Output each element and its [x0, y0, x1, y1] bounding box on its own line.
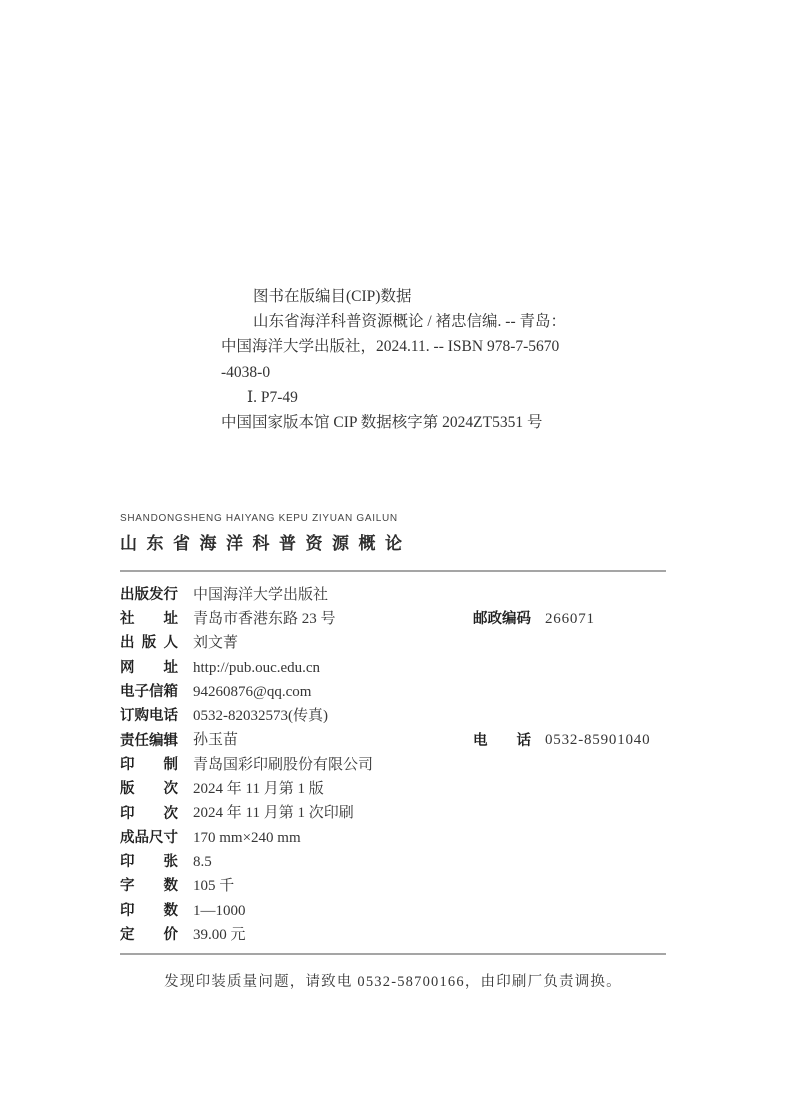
row-label: 电子信箱: [120, 685, 178, 700]
row-value: 孙玉苗: [193, 733, 238, 748]
row-label: 订购电话: [120, 709, 178, 724]
row-label: 印数: [120, 904, 178, 919]
colophon-row-printer: 印制 青岛国彩印刷股份有限公司: [120, 753, 666, 777]
colophon-row-editor: 责任编辑 孙玉苗 电话 0532-85901040: [120, 729, 666, 753]
row-label: 印张: [120, 855, 178, 870]
colophon-table: 出版发行 中国海洋大学出版社 社址 青岛市香港东路 23 号 邮政编码 2660…: [120, 570, 666, 955]
row-label: 字数: [120, 879, 178, 894]
row-value: 青岛市香港东路 23 号: [193, 612, 336, 627]
row-value: 刘文菁: [193, 636, 238, 651]
col2-value: 0532-85901040: [545, 733, 650, 748]
row-value: 0532-82032573(传真): [193, 709, 328, 724]
row-value: 中国海洋大学出版社: [193, 588, 328, 603]
colophon-row-publisher-person: 出版人 刘文菁: [120, 632, 666, 656]
row-value: http://pub.ouc.edu.cn: [193, 661, 320, 676]
colophon-col2-phone: 电话 0532-85901040: [473, 729, 650, 753]
cip-line-publisher-isbn: 中国海洋大学出版社，2024.11. -- ISBN 978-7-5670: [221, 334, 601, 359]
cip-block: 图书在版编目(CIP)数据 山东省海洋科普资源概论 / 褚忠信编. -- 青岛：…: [221, 284, 601, 435]
row-value: 1—1000: [193, 904, 246, 919]
book-title-pinyin: SHANDONGSHENG HAIYANG KEPU ZIYUAN GAILUN: [120, 513, 398, 524]
row-label: 责任编辑: [120, 734, 178, 749]
book-copyright-page: { "colors": { "text": "#2f2f2f", "rule":…: [0, 0, 799, 1118]
row-value: 94260876@qq.com: [193, 685, 311, 700]
colophon-row-email: 电子信箱 94260876@qq.com: [120, 680, 666, 704]
row-value: 青岛国彩印刷股份有限公司: [193, 758, 373, 773]
print-quality-note: 发现印装质量问题，请致电 0532-58700166，由印刷厂负责调换。: [120, 970, 666, 991]
row-value: 105 千: [193, 879, 234, 894]
cip-line-classification: Ⅰ. P7-49: [221, 385, 601, 410]
colophon-row-edition: 版次 2024 年 11 月第 1 版: [120, 777, 666, 801]
cip-line-isbn-continued: -4038-0: [221, 360, 601, 385]
row-label: 印次: [120, 807, 178, 822]
col2-value: 266071: [545, 612, 595, 627]
colophon-row-price: 定价 39.00 元: [120, 923, 666, 947]
row-value: 8.5: [193, 855, 212, 870]
colophon-row-order-phone: 订购电话 0532-82032573(传真): [120, 704, 666, 728]
colophon-col2-postcode: 邮政编码 266071: [473, 607, 595, 631]
book-title: 山东省海洋科普资源概论: [120, 529, 412, 554]
row-label: 出版发行: [120, 588, 178, 603]
colophon-row-address: 社址 青岛市香港东路 23 号 邮政编码 266071: [120, 607, 666, 631]
row-label: 社址: [120, 612, 178, 627]
row-value: 39.00 元: [193, 928, 246, 943]
colophon-row-impression: 印次 2024 年 11 月第 1 次印刷: [120, 802, 666, 826]
row-value: 170 mm×240 mm: [193, 831, 301, 846]
colophon-row-publisher: 出版发行 中国海洋大学出版社: [120, 583, 666, 607]
row-value: 2024 年 11 月第 1 次印刷: [193, 806, 354, 821]
row-label: 成品尺寸: [120, 831, 178, 846]
cip-line-title-author: 山东省海洋科普资源概论 / 褚忠信编. -- 青岛：: [221, 309, 601, 334]
colophon-row-website: 网址 http://pub.ouc.edu.cn: [120, 656, 666, 680]
colophon-row-wordcount: 字数 105 千: [120, 875, 666, 899]
row-label: 版次: [120, 782, 178, 797]
colophon-row-sheets: 印张 8.5: [120, 850, 666, 874]
col2-label: 电话: [473, 734, 531, 749]
row-value: 2024 年 11 月第 1 版: [193, 782, 324, 797]
cip-line-registration: 中国国家版本馆 CIP 数据核字第 2024ZT5351 号: [221, 410, 601, 435]
colophon-row-printrun: 印数 1—1000: [120, 899, 666, 923]
row-label: 定价: [120, 928, 178, 943]
row-label: 印制: [120, 758, 178, 773]
colophon-row-size: 成品尺寸 170 mm×240 mm: [120, 826, 666, 850]
row-label: 网址: [120, 661, 178, 676]
col2-label: 邮政编码: [473, 612, 531, 627]
row-label: 出版人: [120, 636, 178, 651]
cip-heading: 图书在版编目(CIP)数据: [221, 284, 601, 309]
